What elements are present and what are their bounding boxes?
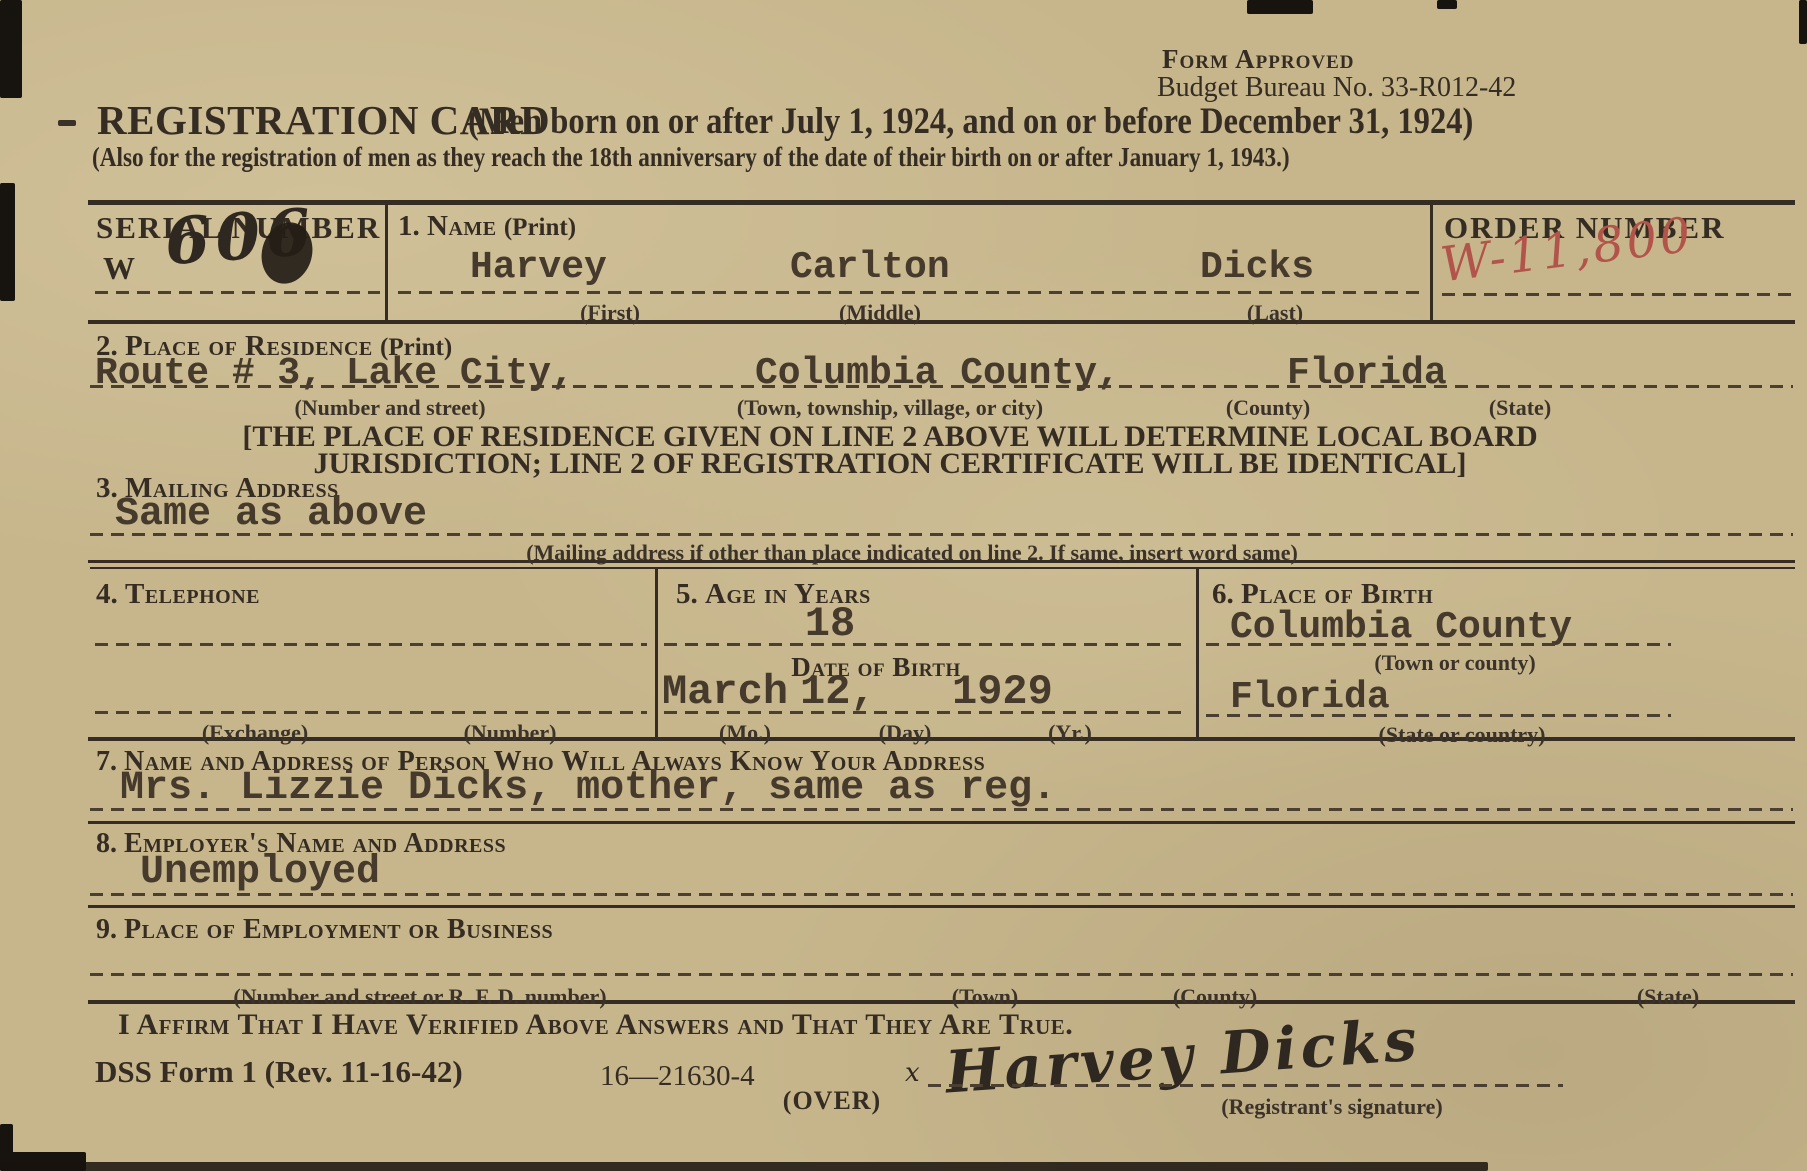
scan-artifact <box>1437 0 1457 9</box>
name-label-text: Name <box>427 210 497 242</box>
contact-value: Mrs. Lizzie Dicks, mother, same as reg. <box>120 766 1056 811</box>
dashed-line <box>664 711 1188 714</box>
dashed-line <box>664 643 1188 646</box>
rule <box>88 200 1795 205</box>
scan-artifact <box>1799 0 1807 44</box>
dashed-line <box>90 808 1793 811</box>
over-label: (OVER) <box>783 1086 881 1116</box>
scan-artifact <box>58 120 76 126</box>
dashed-line <box>95 711 647 714</box>
caption-town-or-county: (Town or county) <box>1374 650 1535 676</box>
affirmation-statement: I Affirm That I Have Verified Above Answ… <box>118 1008 1073 1042</box>
rule <box>88 821 1795 824</box>
jurisdiction-notice-line2: JURISDICTION; LINE 2 OF REGISTRATION CER… <box>313 447 1466 481</box>
dashed-line <box>398 291 1420 294</box>
caption-day: (Day) <box>879 720 932 746</box>
caption-middle: (Middle) <box>839 300 921 326</box>
dashed-line <box>90 973 1793 976</box>
caption-last: (Last) <box>1247 300 1303 326</box>
caption-month: (Mo.) <box>719 720 771 746</box>
form-id-number: DSS Form 1 <box>95 1054 257 1089</box>
caption-emp-county: (County) <box>1173 984 1257 1010</box>
card-subtitle: (Also for the registration of men as the… <box>92 142 1290 173</box>
caption-first: (First) <box>580 300 640 326</box>
age-label-num: 5. <box>676 578 698 610</box>
caption-emp-state: (State) <box>1637 984 1699 1010</box>
telephone-label: 4. Telephone <box>96 578 260 611</box>
employer-label-num: 8. <box>96 828 117 859</box>
name-first-value: Harvey <box>470 246 607 289</box>
caption-number-street: (Number and street) <box>294 395 485 421</box>
caption-state-or-country: (State or country) <box>1379 722 1546 748</box>
telephone-label-text: Telephone <box>125 578 260 610</box>
employment-label-num: 9. <box>96 914 117 945</box>
rule <box>88 905 1795 908</box>
caption-street-rfd: (Number and street or R. F. D. number) <box>233 984 606 1010</box>
signature-premark: x <box>905 1058 920 1088</box>
residence-town-value: Columbia County, <box>755 352 1120 395</box>
form-approved-label: Form Approved <box>1162 44 1355 75</box>
employment-label-text: Place of Employment or Business <box>124 914 553 945</box>
caption-county: (County) <box>1226 395 1310 421</box>
rule <box>1196 568 1199 739</box>
name-label-num: 1. <box>398 210 420 242</box>
age-value: 18 <box>805 600 855 648</box>
caption-number: (Number) <box>464 720 557 746</box>
form-id: DSS Form 1 (Rev. 11-16-42) <box>95 1054 463 1090</box>
dob-year-value: 1929 <box>952 668 1053 716</box>
caption-mailing: (Mailing address if other than place ind… <box>526 540 1298 566</box>
name-label-paren: (Print) <box>504 214 576 241</box>
birthplace-state-value: Florida <box>1230 676 1390 719</box>
dashed-line <box>1206 643 1671 646</box>
caption-registrant-signature: (Registrant's signature) <box>1221 1094 1442 1120</box>
form-id-revision: (Rev. 11-16-42) <box>265 1054 463 1089</box>
dashed-line <box>1442 293 1792 296</box>
caption-emp-town: (Town) <box>952 984 1018 1010</box>
dob-month-value: March <box>662 668 788 716</box>
card-title-note: (Men born on or after July 1, 1924, and … <box>468 100 1473 143</box>
rule <box>385 204 388 322</box>
name-label: 1. Name (Print) <box>398 210 576 243</box>
dashed-line <box>90 533 1793 536</box>
serial-prefix: W <box>103 250 135 287</box>
scan-artifact <box>0 183 15 301</box>
rule <box>88 320 1795 324</box>
scan-artifact <box>1247 0 1313 14</box>
dashed-line <box>90 893 1793 896</box>
dashed-line <box>1206 714 1671 717</box>
dob-day-value: 12, <box>800 668 876 716</box>
registration-card: Form Approved Budget Bureau No. 33-R012-… <box>0 0 1807 1171</box>
scan-artifact <box>0 1162 1488 1171</box>
dashed-line <box>95 291 380 294</box>
telephone-label-num: 4. <box>96 578 118 610</box>
employment-label: 9. Place of Employment or Business <box>96 914 553 946</box>
employer-value: Unemployed <box>140 850 380 895</box>
contact-label-num: 7. <box>96 746 117 777</box>
caption-exchange: (Exchange) <box>202 720 308 746</box>
name-middle-value: Carlton <box>790 246 950 289</box>
rule <box>1430 204 1433 322</box>
rule <box>655 568 658 739</box>
caption-year: (Yr.) <box>1048 720 1092 746</box>
mailing-value: Same as above <box>115 492 427 537</box>
residence-street-value: Route # 3, Lake City, <box>95 352 574 395</box>
dashed-line <box>928 1084 1563 1087</box>
scan-artifact <box>0 0 22 98</box>
rule <box>90 567 1795 569</box>
residence-state-value: Florida <box>1287 352 1447 395</box>
name-last-value: Dicks <box>1200 246 1314 289</box>
dashed-line <box>90 385 1793 388</box>
dashed-line <box>95 643 647 646</box>
caption-town-township: (Town, township, village, or city) <box>737 395 1043 421</box>
caption-state: (State) <box>1489 395 1551 421</box>
print-code: 16—21630-4 <box>600 1060 755 1093</box>
